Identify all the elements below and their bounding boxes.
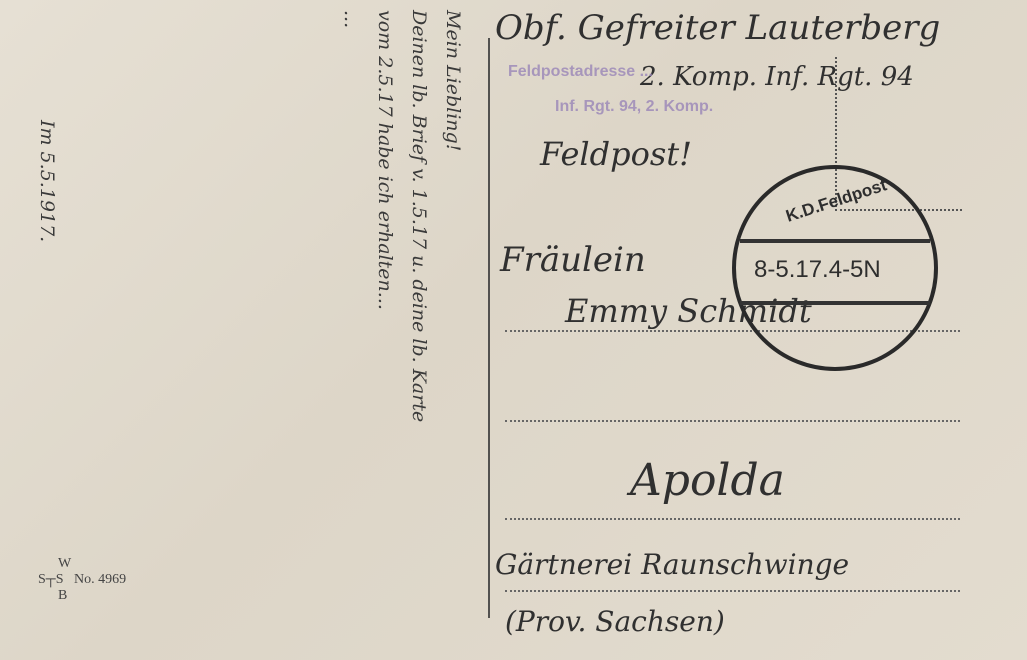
recipient-line-3: Apolda: [630, 455, 785, 506]
publisher-logo-bottom: B: [38, 588, 126, 604]
postmark-band: 8-5.17.4-5N: [740, 239, 930, 305]
publisher-number: No. 4969: [74, 572, 126, 587]
address-line: [505, 590, 960, 592]
feldpost-label: Feldpost!: [540, 135, 692, 173]
message-line: vom 2.5.17 habe ich erhalten...: [374, 10, 396, 310]
publisher-mark: W S┬S No. 4969 B: [38, 556, 126, 604]
recipient-line-1: Fräulein: [500, 240, 646, 280]
recipient-line-4: Gärtnerei Raunschwinge: [495, 548, 849, 581]
unit-stamp-line2: Inf. Rgt. 94, 2. Komp.: [555, 98, 713, 116]
publisher-logo: S┬S: [38, 572, 64, 587]
address-line: [505, 518, 960, 520]
postcard-back: Obf. Gefreiter Lauterberg 2. Komp. Inf. …: [0, 0, 1027, 660]
postmark: K.D.Feldpost 8-5.17.4-5N: [732, 165, 938, 371]
publisher-logo-top: W: [38, 556, 126, 572]
message-line: Deinen lb. Brief v. 1.5.17 u. deine lb. …: [408, 10, 430, 422]
unit-stamp-line1: Feldpostadresse ...: [508, 63, 653, 81]
recipient-line-5: (Prov. Sachsen): [505, 605, 725, 638]
address-line: [505, 420, 960, 422]
center-divider: [488, 38, 490, 618]
postmark-top: K.D.Feldpost: [783, 175, 889, 226]
message-line: ...: [340, 10, 362, 28]
message-body: Mein Liebling! Deinen lb. Brief v. 1.5.1…: [90, 10, 470, 610]
postmark-date: 8-5.17.4-5N: [754, 256, 881, 284]
message-date: Im 5.5.1917.: [30, 120, 64, 520]
sender-line: Obf. Gefreiter Lauterberg: [495, 8, 940, 48]
message-line: Mein Liebling!: [442, 10, 464, 151]
sender-unit: 2. Komp. Inf. Rgt. 94: [640, 62, 914, 92]
